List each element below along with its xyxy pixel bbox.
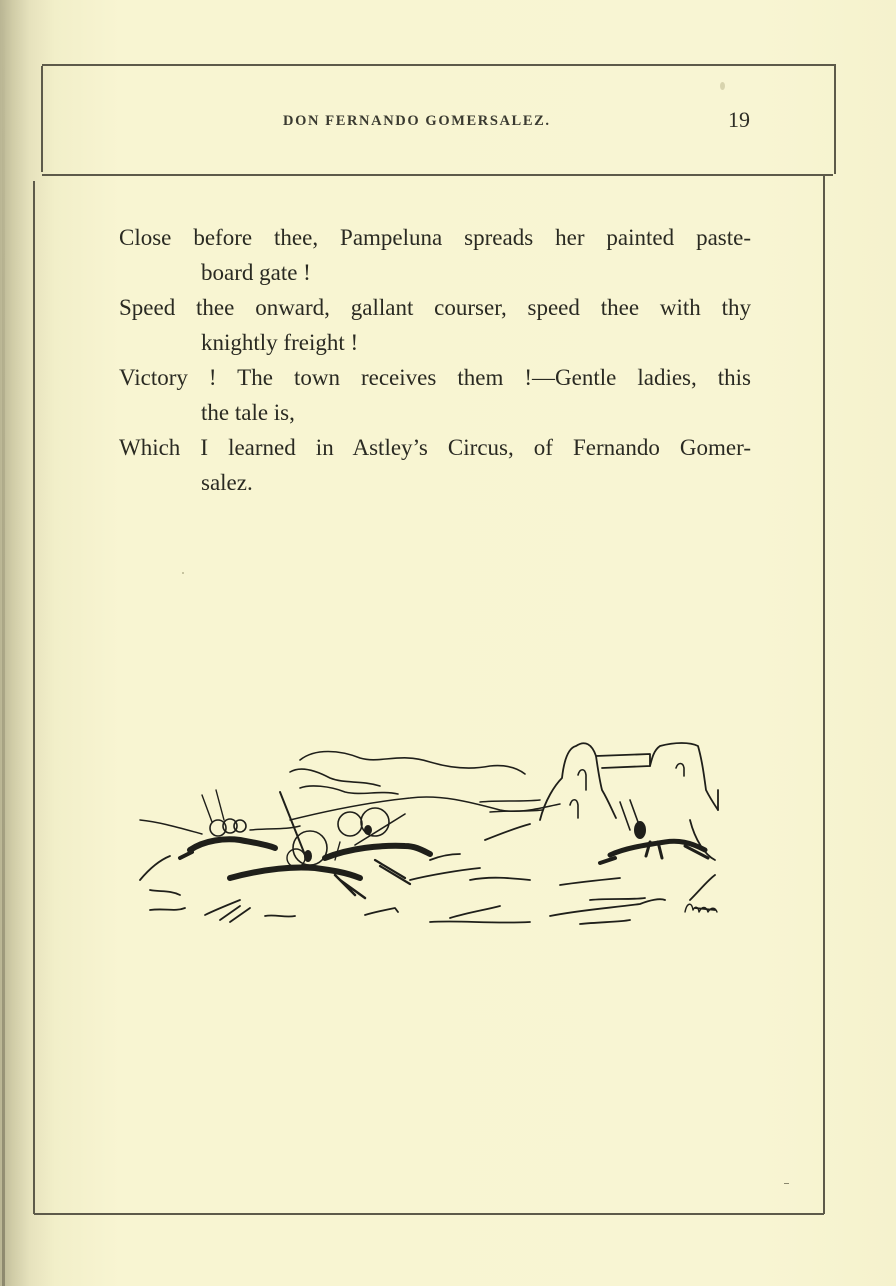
lone-rider-icon bbox=[600, 800, 708, 863]
body-frame-bottom bbox=[34, 1213, 824, 1215]
signature-icon bbox=[685, 904, 717, 912]
verse-line: Close before thee, Pampeluna spreads her… bbox=[119, 220, 759, 255]
running-head: DON FERNANDO GOMERSALEZ. bbox=[283, 113, 551, 130]
header-frame-right bbox=[834, 64, 836, 174]
scan-speck bbox=[182, 572, 184, 574]
body-frame-right bbox=[823, 176, 825, 1214]
verse-line: Speed thee onward, gallant courser, spee… bbox=[119, 290, 759, 325]
page-background bbox=[0, 0, 896, 1286]
verse-continuation: the tale is, bbox=[119, 395, 759, 430]
verse-continuation: knightly freight ! bbox=[119, 325, 759, 360]
header-frame-bottom bbox=[42, 174, 833, 176]
knights-riding-illustration bbox=[130, 730, 730, 950]
page-number: 19 bbox=[728, 107, 750, 133]
verse-line: Victory ! The town receives them !—Gentl… bbox=[119, 360, 759, 395]
verse-block: Close before thee, Pampeluna spreads her… bbox=[119, 220, 759, 500]
header-frame-left bbox=[41, 66, 43, 172]
verse-line: Which I learned in Astley’s Circus, of F… bbox=[119, 430, 759, 465]
header-frame-top bbox=[42, 64, 835, 66]
knights-group-icon bbox=[180, 790, 430, 898]
scan-speck bbox=[784, 1183, 789, 1184]
verse-continuation: salez. bbox=[119, 465, 759, 500]
clouds-icon bbox=[290, 752, 525, 795]
hills-icon bbox=[140, 797, 560, 834]
verse-continuation: board gate ! bbox=[119, 255, 759, 290]
body-frame-left bbox=[33, 181, 35, 1214]
scan-speck bbox=[720, 82, 725, 90]
book-spine-shadow bbox=[2, 0, 5, 1286]
